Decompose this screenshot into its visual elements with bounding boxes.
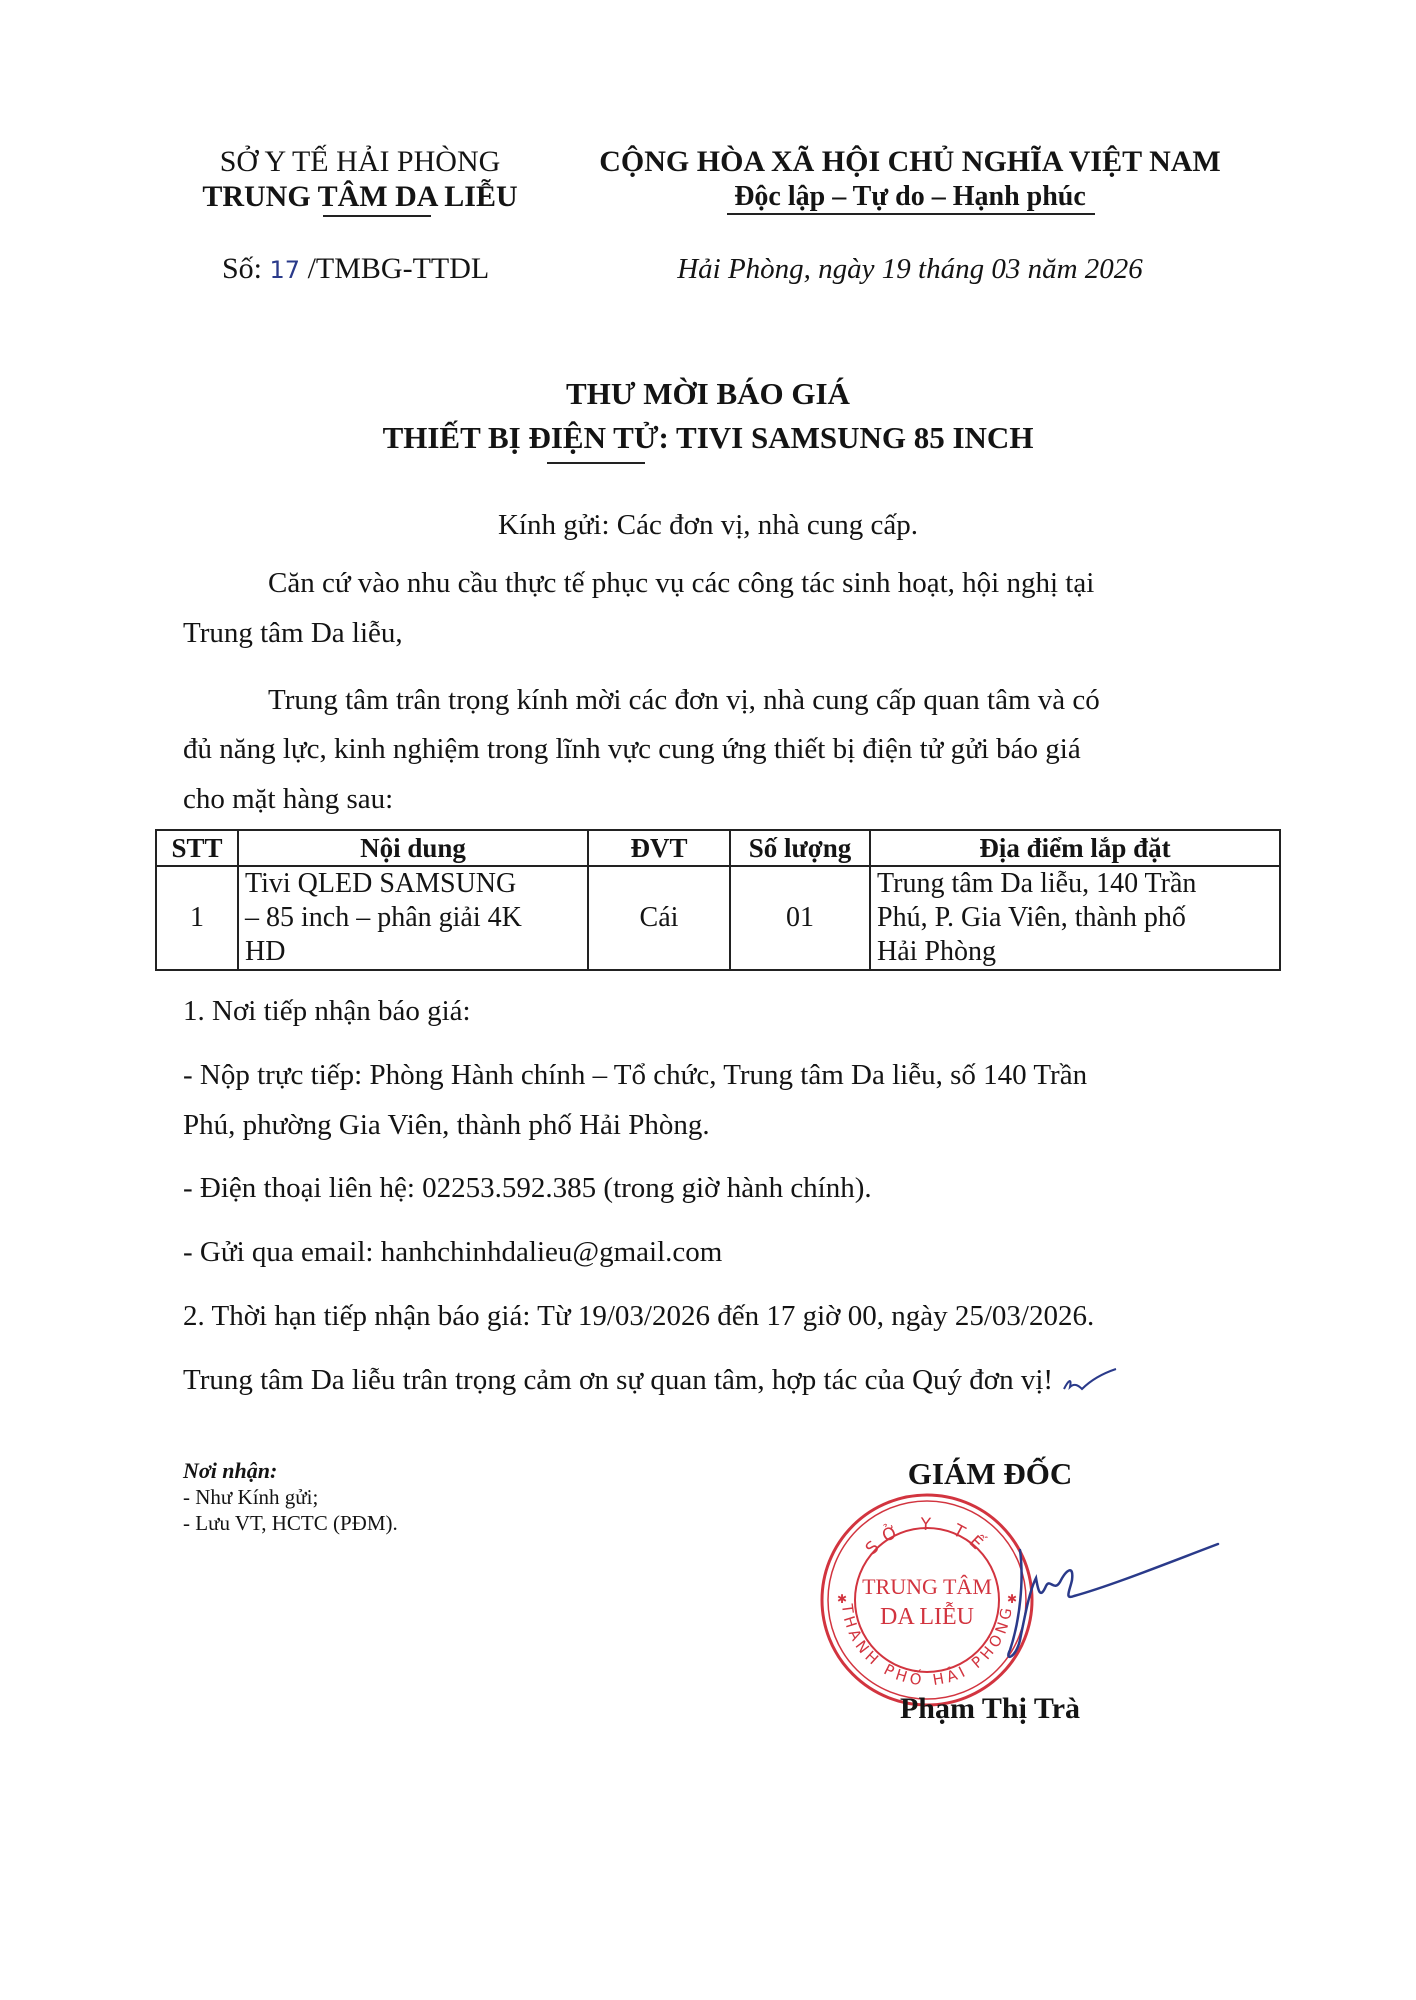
svg-text:✱: ✱ <box>837 1592 847 1606</box>
location-line: Phú, P. Gia Viên, thành phố <box>877 901 1273 935</box>
place-date: Hải Phòng, ngày 19 tháng 03 năm 2026 <box>570 250 1250 288</box>
motto-underline <box>727 213 1095 215</box>
doc-number-suffix: /TMBG-TTDL <box>308 252 490 285</box>
recipient-item: - Lưu VT, HCTC (PĐM). <box>183 1510 398 1536</box>
table-header-row: STT Nội dung ĐVT Số lượng Địa điểm lắp đ… <box>156 830 1280 866</box>
content-line: – 85 inch – phân giải 4K <box>245 901 581 935</box>
section-1-title: 1. Nơi tiếp nhận báo giá: <box>183 993 471 1029</box>
location-line: Trung tâm Da liễu, 140 Trần <box>877 867 1273 901</box>
phone-line: - Điện thoại liên hệ: 02253.592.385 (tro… <box>183 1170 872 1206</box>
doc-number-label: Số: <box>222 252 262 285</box>
paragraph-1-line-2: Trung tâm Da liễu, <box>183 615 403 651</box>
national-motto: Độc lập – Tự do – Hạnh phúc <box>570 178 1250 216</box>
content-line: Tivi QLED SAMSUNG <box>245 867 581 901</box>
thanks-line: Trung tâm Da liễu trân trọng cảm ơn sự q… <box>183 1362 1120 1398</box>
doc-number-handwritten: 17 <box>270 256 301 284</box>
doc-number: Số: 17 /TMBG-TTDL <box>222 250 489 289</box>
paragraph-1-line-1: Căn cứ vào nhu cầu thực tế phục vụ các c… <box>268 565 1094 601</box>
recipient-item: - Như Kính gửi; <box>183 1484 318 1510</box>
letter-subtitle: THIẾT BỊ ĐIỆN TỬ: TIVI SAMSUNG 85 INCH <box>150 416 1266 460</box>
stamp-top-text: SỞ Y TẾ <box>862 1515 995 1560</box>
paragraph-2-line-2: đủ năng lực, kinh nghiệm trong lĩnh vực … <box>183 731 1081 767</box>
agency-parent: SỞ Y TẾ HẢI PHÒNG <box>170 143 550 181</box>
nation-title: CỘNG HÒA XÃ HỘI CHỦ NGHĨA VIỆT NAM <box>570 143 1250 181</box>
recipients-label: Nơi nhận: <box>183 1458 277 1484</box>
signature-scribble-icon <box>990 1530 1230 1680</box>
agency-name: TRUNG TÂM DA LIỄU <box>170 178 550 216</box>
title-underline <box>547 462 645 464</box>
cell-stt: 1 <box>156 866 238 970</box>
signer-position: GIÁM ĐỐC <box>880 1455 1100 1493</box>
thanks-text: Trung tâm Da liễu trân trọng cảm ơn sự q… <box>183 1364 1053 1396</box>
document-page: SỞ Y TẾ HẢI PHÒNG TRUNG TÂM DA LIỄU Số: … <box>0 0 1416 2000</box>
paragraph-2-line-1: Trung tâm trân trọng kính mời các đơn vị… <box>268 682 1100 718</box>
header-stt: STT <box>156 830 238 866</box>
header-content: Nội dung <box>238 830 588 866</box>
header-location: Địa điểm lắp đặt <box>870 830 1280 866</box>
content-line: HD <box>245 935 581 969</box>
stamp-center-line-1: TRUNG TÂM <box>862 1574 992 1599</box>
letter-title: THƯ MỜI BÁO GIÁ <box>150 372 1266 416</box>
submit-line-1: - Nộp trực tiếp: Phòng Hành chính – Tổ c… <box>183 1057 1087 1093</box>
paragraph-2-line-3: cho mặt hàng sau: <box>183 781 393 817</box>
header-quantity: Số lượng <box>730 830 870 866</box>
stamp-center-line-2: DA LIỄU <box>880 1603 974 1630</box>
cell-unit: Cái <box>588 866 730 970</box>
submit-line-2: Phú, phường Gia Viên, thành phố Hải Phòn… <box>183 1107 710 1143</box>
table-row: 1 Tivi QLED SAMSUNG – 85 inch – phân giả… <box>156 866 1280 970</box>
initial-mark-icon <box>1060 1367 1120 1397</box>
agency-underline <box>323 215 431 217</box>
signer-name: Phạm Thị Trà <box>880 1690 1100 1728</box>
items-table: STT Nội dung ĐVT Số lượng Địa điểm lắp đ… <box>155 829 1281 971</box>
greeting: Kính gửi: Các đơn vị, nhà cung cấp. <box>150 507 1266 543</box>
header-unit: ĐVT <box>588 830 730 866</box>
email-line: - Gửi qua email: hanhchinhdalieu@gmail.c… <box>183 1234 722 1270</box>
cell-quantity: 01 <box>730 866 870 970</box>
svg-text:SỞ Y TẾ: SỞ Y TẾ <box>862 1515 995 1560</box>
cell-location: Trung tâm Da liễu, 140 Trần Phú, P. Gia … <box>870 866 1280 970</box>
cell-content: Tivi QLED SAMSUNG – 85 inch – phân giải … <box>238 866 588 970</box>
location-line: Hải Phòng <box>877 935 1273 969</box>
section-2-deadline: 2. Thời hạn tiếp nhận báo giá: Từ 19/03/… <box>183 1298 1094 1334</box>
